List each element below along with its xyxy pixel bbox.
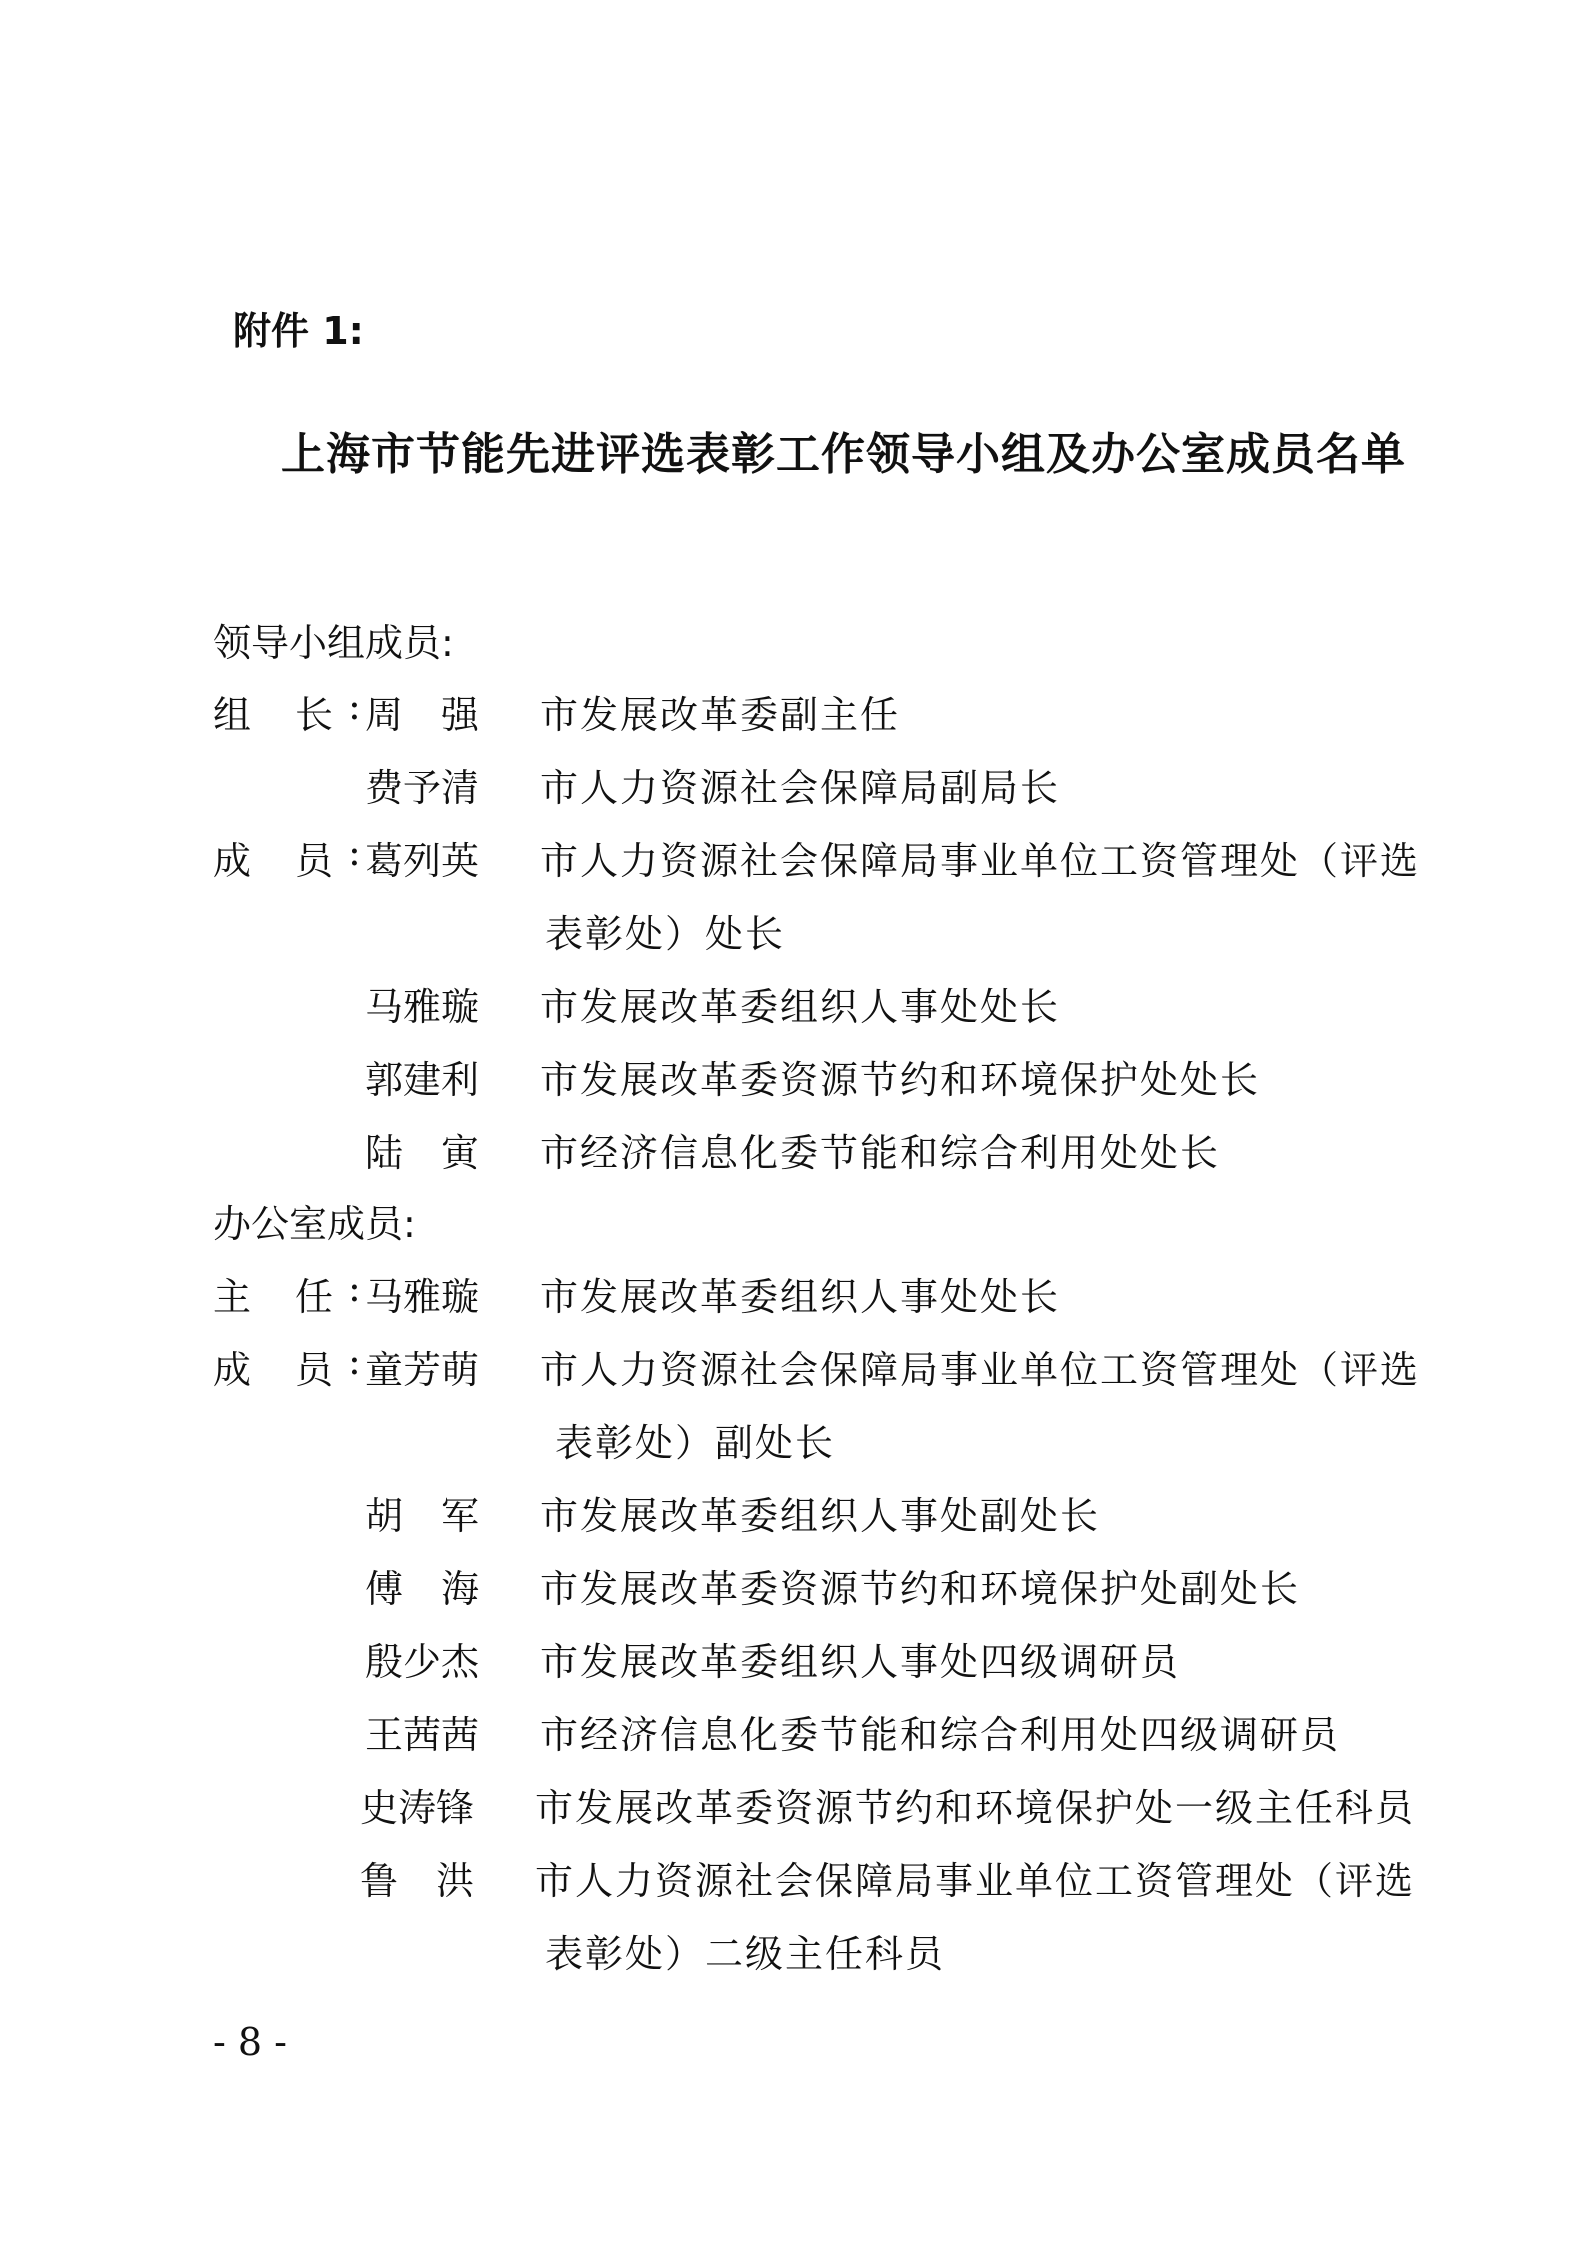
- page-number: - 8 -: [213, 2020, 287, 2064]
- role-label: 成员:: [213, 830, 363, 885]
- office-heading: 办公室成员:: [213, 1193, 416, 1248]
- member-row: 成员: 葛列英 市人力资源社会保障局事业单位工资管理处（评选: [0, 830, 1587, 890]
- member-duty-continuation: 表彰处）副处长: [0, 1412, 1587, 1472]
- member-name: 殷少杰: [365, 1631, 485, 1686]
- member-row: 马雅璇 市发展改革委组织人事处处长: [0, 976, 1587, 1036]
- member-row: 鲁 洪 市人力资源社会保障局事业单位工资管理处（评选: [0, 1850, 1587, 1910]
- member-row: 主任: 马雅璇 市发展改革委组织人事处处长: [0, 1266, 1587, 1326]
- member-duty-cont: 表彰处）二级主任科员: [545, 1923, 945, 1978]
- member-duty: 市发展改革委资源节约和环境保护处副处长: [540, 1558, 1300, 1613]
- member-row: 胡 军 市发展改革委组织人事处副处长: [0, 1485, 1587, 1545]
- member-duty: 市经济信息化委节能和综合利用处四级调研员: [540, 1704, 1340, 1759]
- member-duty: 市发展改革委组织人事处副处长: [540, 1485, 1100, 1540]
- member-name: 胡 军: [365, 1485, 485, 1540]
- member-name: 史涛锋: [360, 1777, 480, 1832]
- member-name: 周 强: [365, 684, 485, 739]
- page-title: 上海市节能先进评选表彰工作领导小组及办公室成员名单: [0, 418, 1587, 482]
- member-duty: 市发展改革委组织人事处四级调研员: [540, 1631, 1180, 1686]
- member-duty: 市经济信息化委节能和综合利用处处长: [540, 1122, 1220, 1177]
- member-name: 郭建利: [365, 1049, 485, 1104]
- role-label: 组长:: [213, 684, 363, 739]
- member-row: 成员: 童芳萌 市人力资源社会保障局事业单位工资管理处（评选: [0, 1339, 1587, 1399]
- member-duty-continuation: 表彰处）处长: [0, 903, 1587, 963]
- member-row: 殷少杰 市发展改革委组织人事处四级调研员: [0, 1631, 1587, 1691]
- member-name: 马雅璇: [365, 976, 485, 1031]
- member-duty: 市发展改革委资源节约和环境保护处一级主任科员: [535, 1777, 1415, 1832]
- member-duty: 市发展改革委组织人事处处长: [540, 1266, 1060, 1321]
- member-name: 费予清: [365, 757, 485, 812]
- leadership-group-heading: 领导小组成员:: [213, 612, 454, 667]
- member-row: 费予清 市人力资源社会保障局副局长: [0, 757, 1587, 817]
- member-duty-cont: 表彰处）副处长: [555, 1412, 835, 1467]
- member-name: 童芳萌: [365, 1339, 485, 1394]
- member-row: 史涛锋 市发展改革委资源节约和环境保护处一级主任科员: [0, 1777, 1587, 1837]
- attachment-label: 附件 1:: [233, 300, 364, 355]
- role-label: 成员:: [213, 1339, 363, 1394]
- role-label: 主任:: [213, 1266, 363, 1321]
- member-row: 组长: 周 强 市发展改革委副主任: [0, 684, 1587, 744]
- member-row: 陆 寅 市经济信息化委节能和综合利用处处长: [0, 1122, 1587, 1182]
- member-duty: 市发展改革委资源节约和环境保护处处长: [540, 1049, 1260, 1104]
- member-duty: 市人力资源社会保障局事业单位工资管理处（评选: [540, 1339, 1420, 1394]
- member-name: 傅 海: [365, 1558, 485, 1613]
- member-duty: 市人力资源社会保障局事业单位工资管理处（评选: [535, 1850, 1415, 1905]
- member-duty: 市人力资源社会保障局事业单位工资管理处（评选: [540, 830, 1420, 885]
- member-name: 王茜茜: [365, 1704, 485, 1759]
- member-name: 鲁 洪: [360, 1850, 480, 1905]
- member-row: 王茜茜 市经济信息化委节能和综合利用处四级调研员: [0, 1704, 1587, 1764]
- member-duty: 市发展改革委组织人事处处长: [540, 976, 1060, 1031]
- member-row: 郭建利 市发展改革委资源节约和环境保护处处长: [0, 1049, 1587, 1109]
- member-name: 葛列英: [365, 830, 485, 885]
- member-duty: 市人力资源社会保障局副局长: [540, 757, 1060, 812]
- member-name: 马雅璇: [365, 1266, 485, 1321]
- member-duty-continuation: 表彰处）二级主任科员: [0, 1923, 1587, 1983]
- member-name: 陆 寅: [365, 1122, 485, 1177]
- member-duty-cont: 表彰处）处长: [545, 903, 785, 958]
- member-row: 傅 海 市发展改革委资源节约和环境保护处副处长: [0, 1558, 1587, 1618]
- member-duty: 市发展改革委副主任: [540, 684, 900, 739]
